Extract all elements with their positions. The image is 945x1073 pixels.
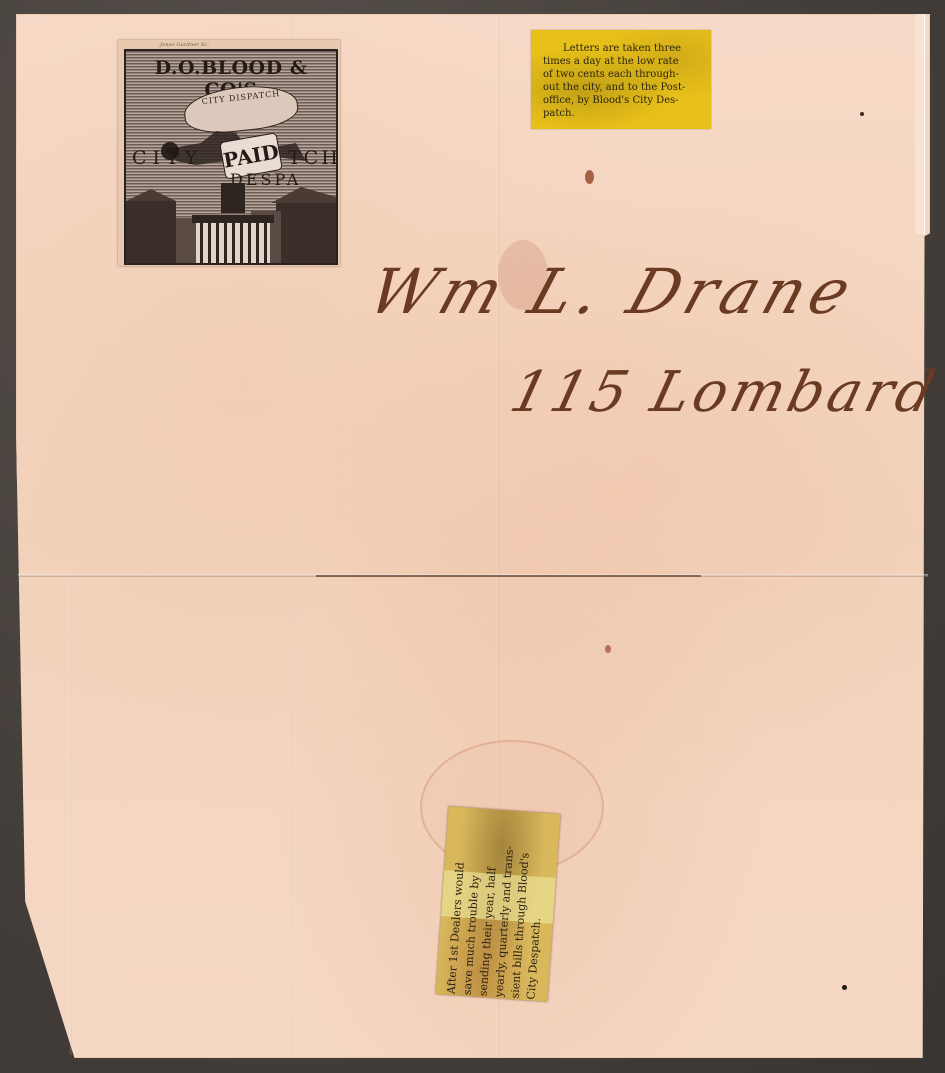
notice-line: out the city, and to the Post- [543,81,703,94]
dealers-notice-text: After 1st Dealers would save much troubl… [444,808,553,1000]
city-buildings-illustration [126,183,336,263]
stamp-engraver-imprint: Jones Gardner Sc. [160,42,209,48]
notice-line: patch. [543,107,703,120]
yellow-notice-label: Letters are taken three times a day at t… [531,30,711,129]
foxing-spot [605,645,611,653]
vertical-fold-lower [70,575,72,1055]
notice-line: Letters are taken three [543,42,703,55]
ink-dot [860,112,864,116]
notice-line: times a day at the low rate [543,55,703,68]
horizontal-fold [18,574,928,577]
dealers-notice-label: After 1st Dealers would save much troubl… [436,806,561,1001]
sheet-flap-edge [915,14,925,234]
stamp-despatch-text-right: TCH [288,147,338,169]
stamp-city-text: CITY [132,147,203,169]
addressee-street: 115 Lombard St [504,360,945,425]
notice-line: of two cents each through- [543,68,703,81]
stamp-frame: D.O.BLOOD & CO'S CITY DISPATCH PAID CITY… [124,49,338,265]
blood-city-despatch-stamp: Jones Gardner Sc. D.O.BLOOD & CO'S CITY … [118,40,340,266]
foxing-spot [585,170,594,184]
ink-dot [842,985,847,990]
fold-crease [316,575,701,577]
addressee-name: Wm L. Drane [360,255,865,328]
notice-line: office, by Blood's City Des- [543,94,703,107]
